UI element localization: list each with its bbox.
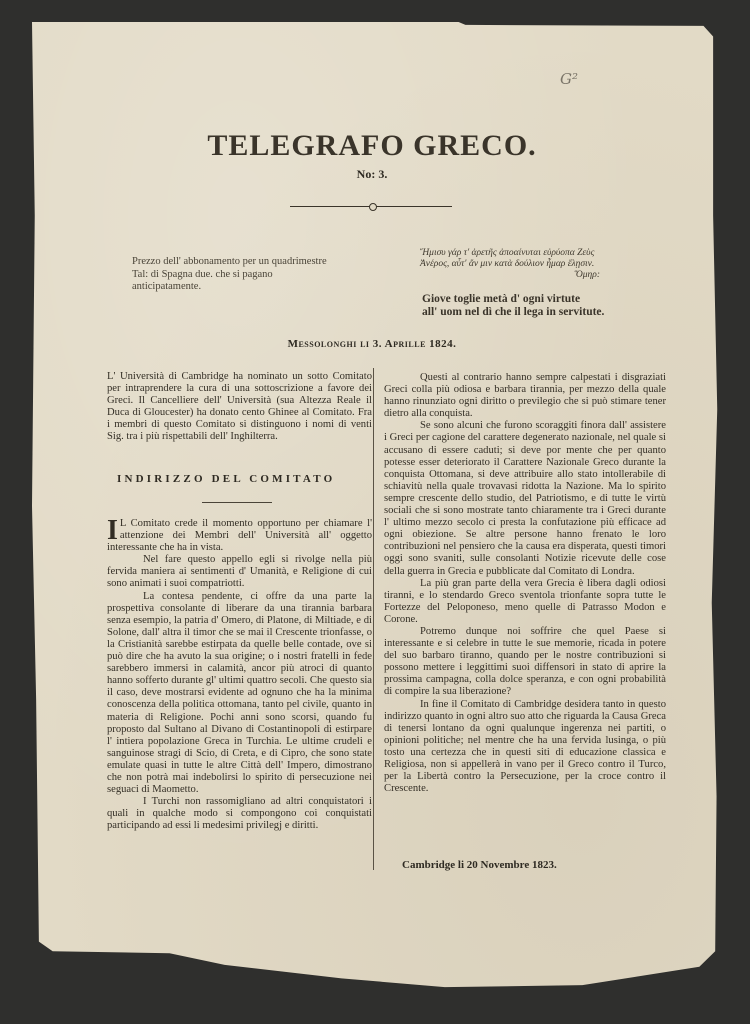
paragraph: La contesa pendente, ci offre da una par… <box>107 591 372 797</box>
drop-cap: I <box>107 520 118 542</box>
heading-rule <box>202 502 272 503</box>
motto-line-2: all' uom nel dì che il lega in servitute… <box>422 306 642 319</box>
paragraph: Questi al contrario hanno sempre calpest… <box>384 372 666 420</box>
first-paragraph: IL Comitato crede il momento opportuno p… <box>107 518 372 554</box>
italian-motto: Giove toglie metà d' ogni virtute all' u… <box>422 293 642 319</box>
paragraph: La più gran parte della vera Grecia è li… <box>384 578 666 626</box>
intro-paragraph: L' Università di Cambridge ha nominato u… <box>107 371 372 444</box>
newspaper-page: G² TELEGRAFO GRECO. No: 3. Prezzo dell' … <box>32 22 720 990</box>
paragraph: Nel fare questo appello egli si rivolge … <box>107 554 372 590</box>
section-heading: INDIRIZZO DEL COMITATO <box>117 473 367 485</box>
greek-epigraph: Ἥμισυ γάρ τ' ἀρετῆς ἀποαίνυται εὐρύοπα Ζ… <box>420 248 630 281</box>
right-column-body: Questi al contrario hanno sempre calpest… <box>384 372 666 795</box>
paragraph: I Turchi non rassomigliano ad altri conq… <box>107 796 372 832</box>
left-column-body: IL Comitato crede il momento opportuno p… <box>107 518 372 832</box>
column-divider <box>373 368 374 870</box>
greek-line-1: Ἥμισυ γάρ τ' ἀρετῆς ἀποαίνυται εὐρύοπα Ζ… <box>420 248 630 259</box>
motto-line-1: Giove toglie metà d' ogni virtute <box>422 293 642 306</box>
paragraph: In fine il Comitato di Cambridge desider… <box>384 699 666 796</box>
paragraph: Potremo dunque noi soffrire che quel Pae… <box>384 626 666 699</box>
epigraph-attribution: Ὅμηρ: <box>420 270 630 281</box>
intro-text: L' Università di Cambridge ha nominato u… <box>107 371 372 444</box>
dateline: Messolonghi li 3. Aprille 1824. <box>32 338 712 350</box>
signature-dateline: Cambridge li 20 Novembre 1823. <box>402 859 602 871</box>
greek-line-2: Ἀνέρος, αὖτ' ἄν μιν κατὰ δούλιον ἦμαρ ἕλ… <box>420 259 630 270</box>
paragraph: Se sono alcuni che furono scoraggiti fin… <box>384 420 666 577</box>
issue-number: No: 3. <box>32 167 712 182</box>
ornamental-rule-center <box>369 203 377 211</box>
page-fold-line <box>717 62 718 992</box>
subscription-note: Prezzo dell' abbonamento per un quadrime… <box>132 256 332 294</box>
handwritten-catalog-mark: G² <box>560 70 578 88</box>
masthead-title: TELEGRAFO GRECO. <box>32 129 712 163</box>
